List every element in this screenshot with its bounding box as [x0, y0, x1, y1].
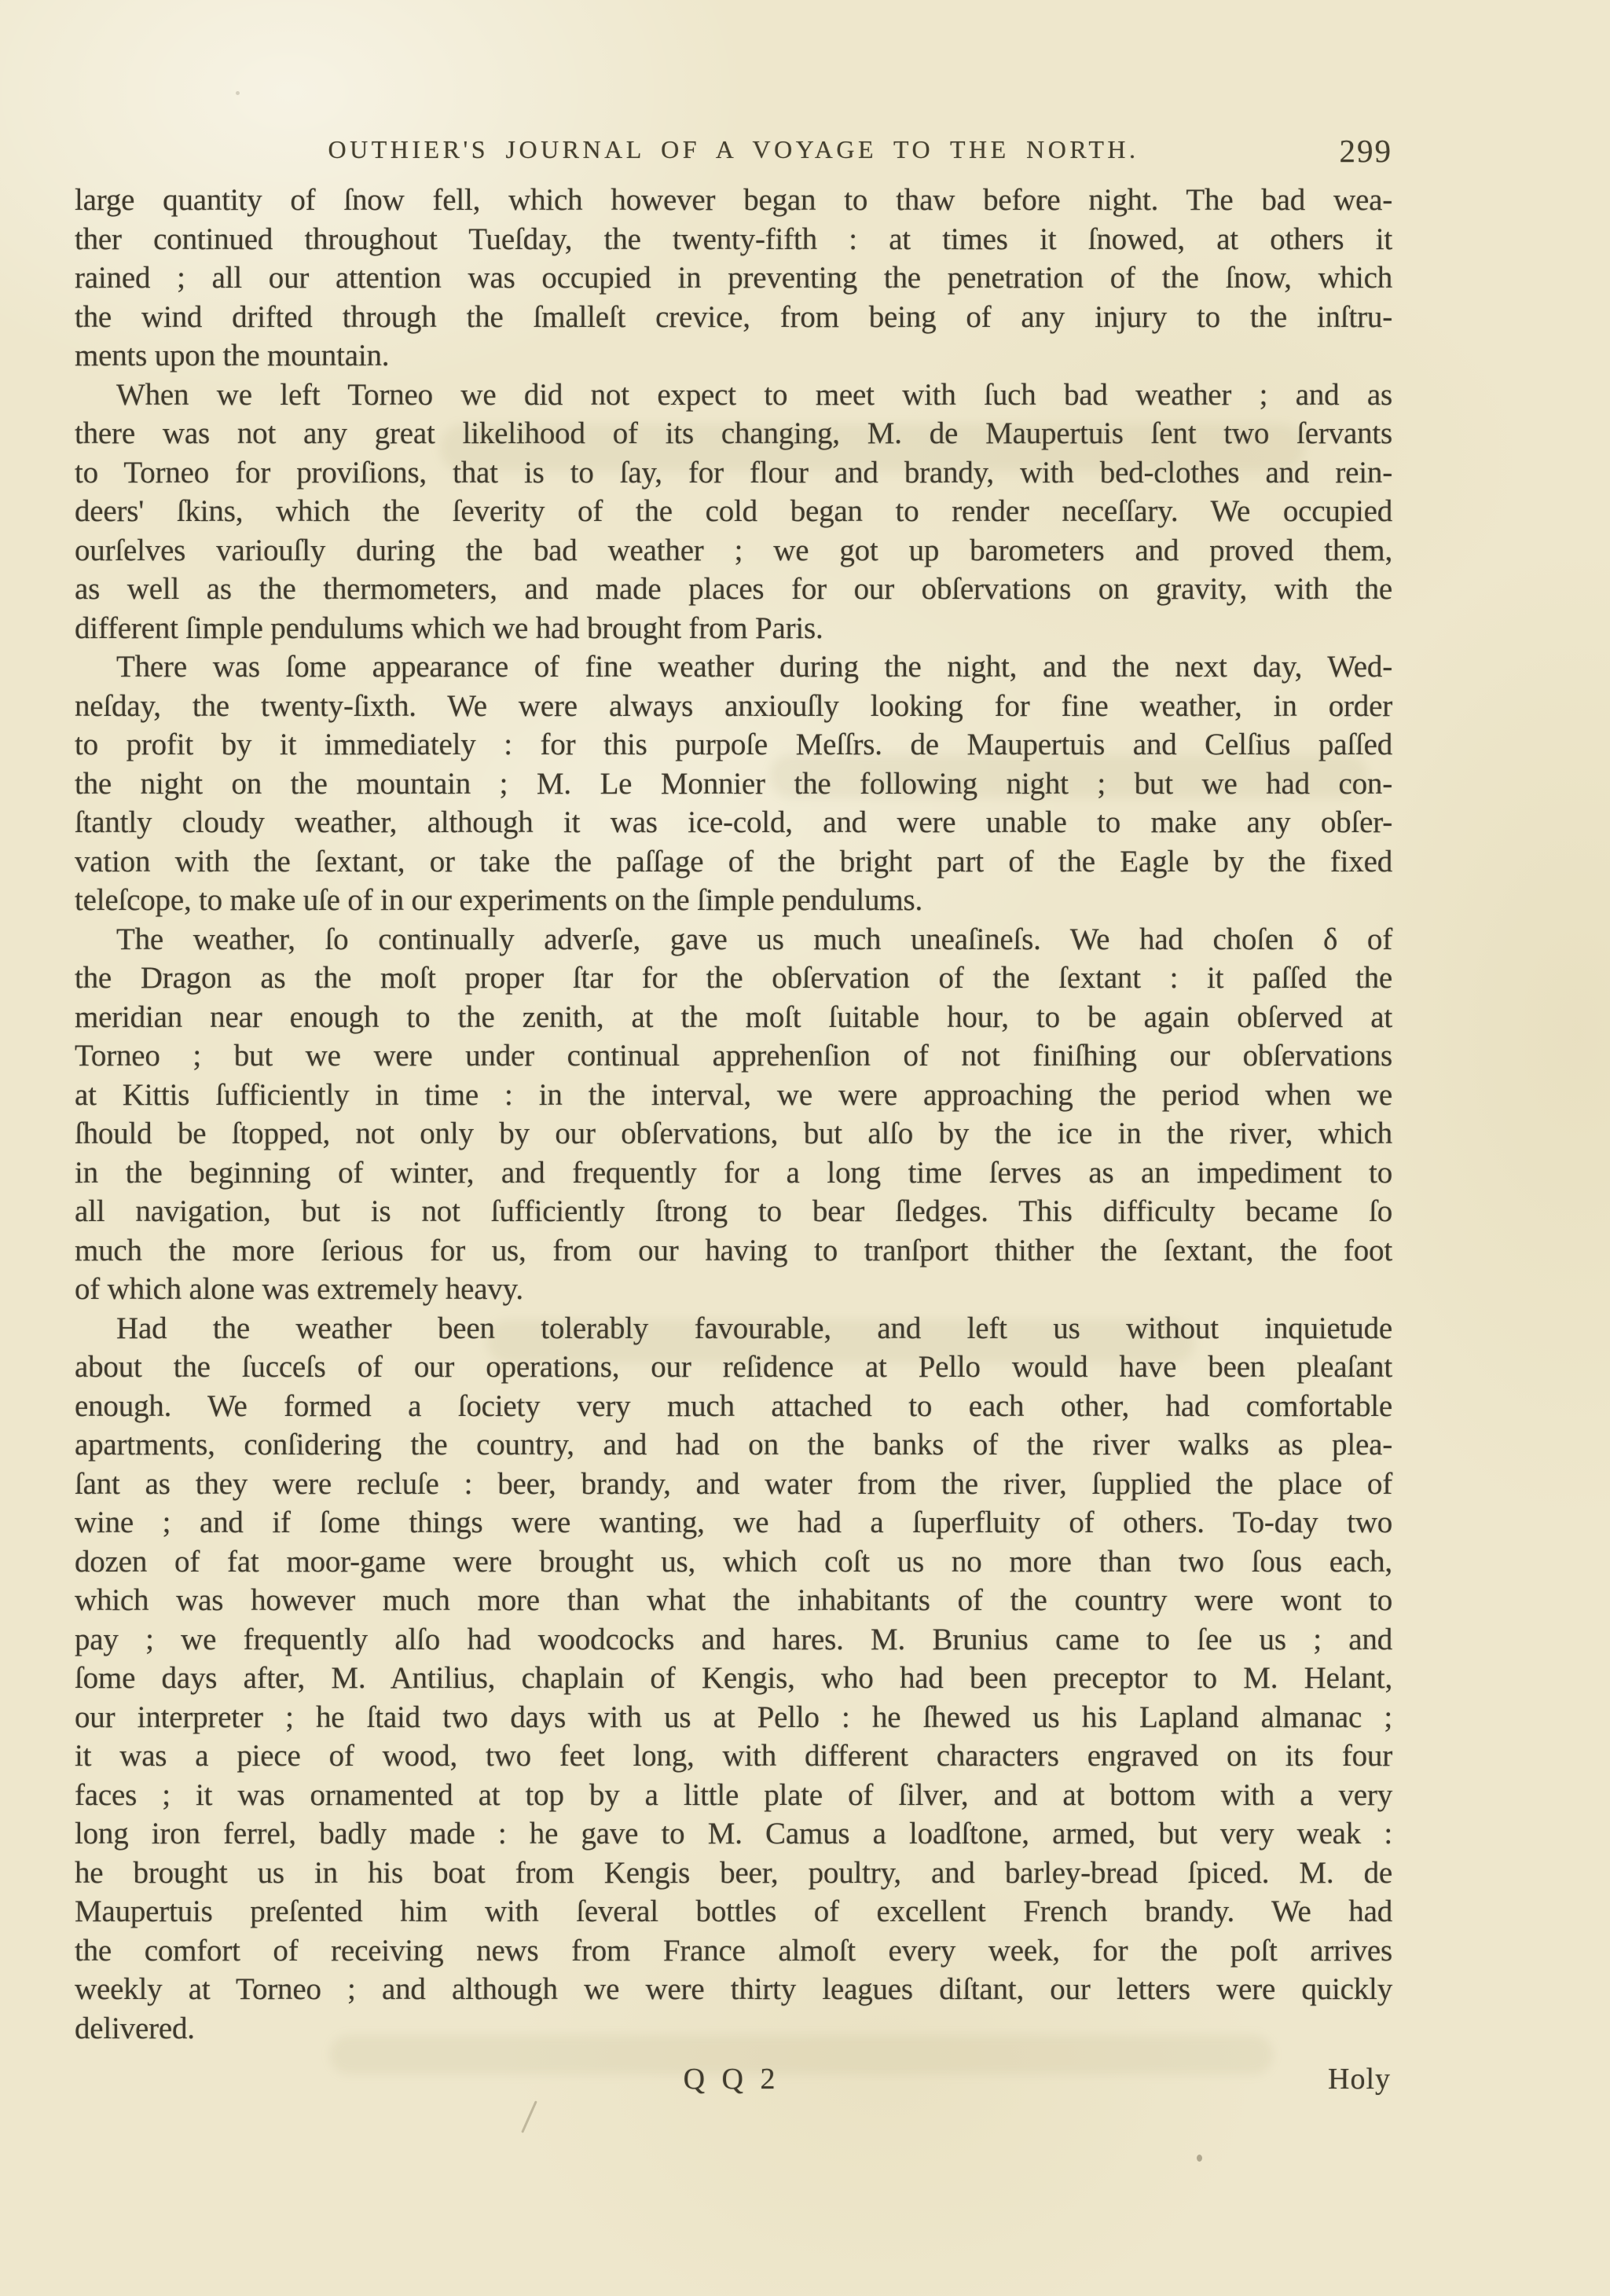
text-line: dozen of fat moor-game were brought us, …	[75, 1542, 1392, 1582]
text-line: apartments, conſidering the country, and…	[75, 1425, 1392, 1465]
text-line: the comfort of receiving news from Franc…	[75, 1931, 1392, 1971]
text-line: there was not any great likelihood of it…	[75, 414, 1392, 453]
text-line: large quantity of ſnow fell, which howev…	[75, 181, 1392, 220]
text-line: rained ; all our attention was occupied …	[75, 259, 1392, 298]
paragraph: When we left Torneo we did not expect to…	[75, 376, 1392, 648]
text-line: as well as the thermometers, and made pl…	[75, 570, 1392, 609]
text-line: Maupertuis preſented him with ſeveral bo…	[75, 1892, 1392, 1931]
text-line: our interpreter ; he ſtaid two days with…	[75, 1698, 1392, 1737]
paragraph: There was ſome appearance of fine weathe…	[75, 647, 1392, 920]
text-line: the Dragon as the moſt proper ſtar for t…	[75, 959, 1392, 998]
text-line: Torneo ; but we were under continual app…	[75, 1036, 1392, 1076]
book-page-scan: OUTHIER'S JOURNAL OF A VOYAGE TO THE NOR…	[0, 0, 1610, 2296]
text-line: delivered.	[75, 2009, 1392, 2048]
text-line: it was a piece of wood, two feet long, w…	[75, 1737, 1392, 1776]
text-line: neſday, the twenty-ſixth. We were always…	[75, 687, 1392, 726]
text-line: of which alone was extremely heavy.	[75, 1270, 1392, 1309]
signature-mark: Q Q 2	[684, 2062, 780, 2096]
paper-speck	[1197, 2155, 1202, 2162]
catchword: Holy	[1328, 2062, 1391, 2096]
text-line: wine ; and if ſome things were wanting, …	[75, 1503, 1392, 1542]
pen-mark	[521, 2100, 537, 2133]
text-line: ſhould be ſtopped, not only by our obſer…	[75, 1114, 1392, 1154]
text-line: the wind drifted through the ſmalleſt cr…	[75, 298, 1392, 337]
text-line: pay ; we frequently alſo had woodcocks a…	[75, 1620, 1392, 1660]
text-line: ments upon the mountain.	[75, 336, 1392, 376]
text-line: When we left Torneo we did not expect to…	[75, 376, 1392, 415]
text-line: about the ſucceſs of our operations, our…	[75, 1348, 1392, 1387]
text-line: at Kittis ſufficiently in time : in the …	[75, 1076, 1392, 1115]
text-line: which was however much more than what th…	[75, 1581, 1392, 1620]
text-line: There was ſome appearance of fine weathe…	[75, 647, 1392, 687]
page-footer: Q Q 2 Holy	[75, 2062, 1392, 2103]
text-line: long iron ferrel, badly made : he gave t…	[75, 1814, 1392, 1854]
text-line: ther continued throughout Tueſday, the t…	[75, 220, 1392, 259]
page-number: 299	[1340, 132, 1393, 170]
text-line: weekly at Torneo ; and although we were …	[75, 1970, 1392, 2009]
text-line: he brought us in his boat from Kengis be…	[75, 1854, 1392, 1893]
text-line: enough. We formed a ſociety very much at…	[75, 1387, 1392, 1426]
text-line: ſome days after, M. Antilius, chaplain o…	[75, 1659, 1392, 1698]
text-line: The weather, ſo continually adverſe, gav…	[75, 920, 1392, 959]
text-line: all navigation, but is not ſufficiently …	[75, 1192, 1392, 1231]
page-header: OUTHIER'S JOURNAL OF A VOYAGE TO THE NOR…	[75, 135, 1392, 174]
text-line: vation with the ſextant, or take the paſ…	[75, 842, 1392, 882]
paragraph: The weather, ſo continually adverſe, gav…	[75, 920, 1392, 1309]
text-line: deers' ſkins, which the ſeverity of the …	[75, 492, 1392, 531]
text-line: ſant as they were recluſe : beer, brandy…	[75, 1465, 1392, 1504]
running-title: OUTHIER'S JOURNAL OF A VOYAGE TO THE NOR…	[328, 135, 1139, 163]
text-line: teleſcope, to make uſe of in our experim…	[75, 881, 1392, 920]
text-line: ourſelves variouſly during the bad weath…	[75, 531, 1392, 570]
text-line: the night on the mountain ; M. Le Monnie…	[75, 765, 1392, 804]
text-line: in the beginning of winter, and frequent…	[75, 1154, 1392, 1193]
paper-speck	[236, 91, 240, 95]
text-line: ſtantly cloudy weather, although it was …	[75, 803, 1392, 842]
text-line: faces ; it was ornamented at top by a li…	[75, 1776, 1392, 1815]
text-line: much the more ſerious for us, from our h…	[75, 1231, 1392, 1271]
body-text: large quantity of ſnow fell, which howev…	[75, 181, 1392, 2048]
paragraph: large quantity of ſnow fell, which howev…	[75, 181, 1392, 376]
paragraph: Had the weather been tolerably favourabl…	[75, 1309, 1392, 2048]
text-line: different ſimple pendulums which we had …	[75, 609, 1392, 648]
text-line: meridian near enough to the zenith, at t…	[75, 998, 1392, 1037]
text-line: to Torneo for proviſions, that is to ſay…	[75, 453, 1392, 493]
text-line: to profit by it immediately : for this p…	[75, 725, 1392, 765]
text-line: Had the weather been tolerably favourabl…	[75, 1309, 1392, 1348]
